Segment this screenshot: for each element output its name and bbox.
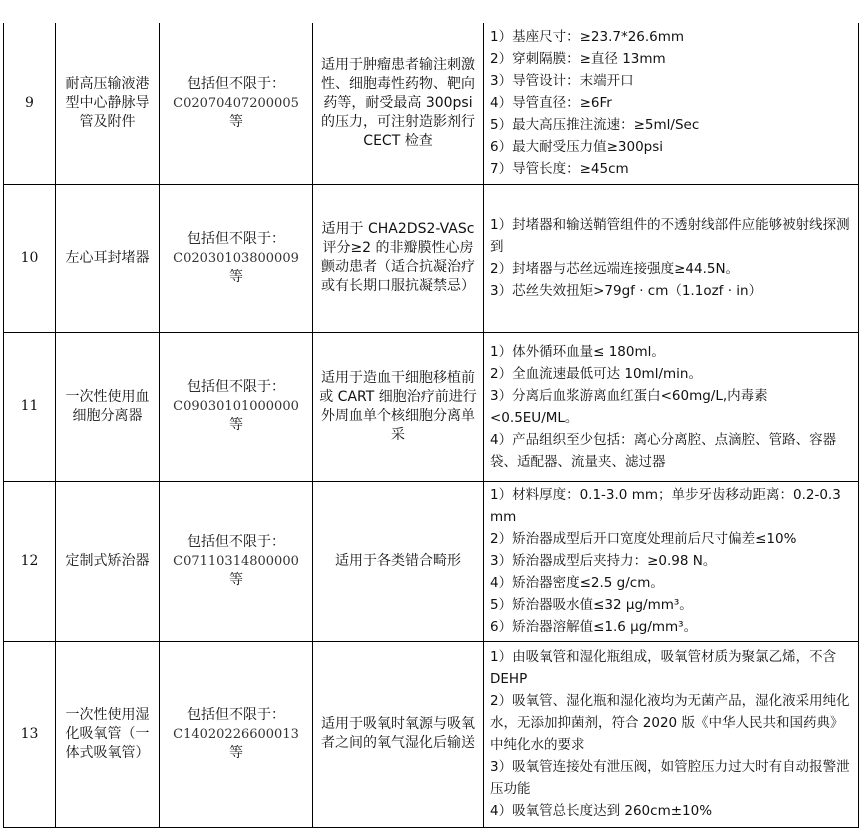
spec-line: 7）导管长度：≥45cm	[490, 158, 854, 180]
spec-line: 4）矫治器密度≤2.5 g/cm。	[490, 572, 854, 594]
code-suffix: 等	[160, 268, 312, 287]
table-row: 12 定制式矫治器 包括但不限于： C07110314800000 等 适用于各…	[4, 481, 859, 641]
code-value: C09030101000000	[160, 397, 312, 416]
row-number: 10	[4, 184, 56, 332]
table-row: 9 耐高压输液港型中心静脉导管及附件 包括但不限于： C020704072000…	[4, 23, 859, 184]
spec-line: 4）导管直径：≥6Fr	[490, 92, 854, 114]
product-code-cell: 包括但不限于： C09030101000000 等	[160, 332, 313, 481]
spec-line: 3）吸氧管连接处有泄压阀，如管腔压力过大时有自动报警泄压功能	[490, 756, 854, 800]
code-label: 包括但不限于：	[160, 230, 312, 249]
code-suffix: 等	[160, 571, 312, 590]
product-name: 耐高压输液港型中心静脉导管及附件	[64, 75, 151, 132]
spec-line: 2）矫治器成型后开口宽度处理前后尺寸偏差≤10%	[490, 528, 854, 550]
row-number: 11	[4, 332, 56, 481]
scope-text: 适用于吸氧时氧源与吸氧者之间的氧气湿化后输送	[317, 715, 479, 753]
product-code-cell: 包括但不限于： C02070407200005 等	[160, 23, 313, 184]
spec-line: 2）吸氧管、湿化瓶和湿化液均为无菌产品，湿化液采用纯化水，无添加抑菌剂，符合 2…	[490, 690, 854, 756]
code-suffix: 等	[160, 744, 312, 763]
code-label: 包括但不限于：	[160, 706, 312, 725]
product-name: 定制式矫治器	[64, 552, 151, 571]
spec-line: 2）全血流速最低可达 10ml/min。	[490, 363, 854, 385]
spec-cell: 1）基座尺寸：≥23.7*26.6mm 2）穿刺隔膜：≥直径 13mm 3）导管…	[484, 23, 859, 184]
scope-text: 适用于造血干细胞移植前或 CART 细胞治疗前进行外周血单个核细胞分离单采	[317, 369, 479, 445]
spec-line: 3）导管设计：末端开口	[490, 70, 854, 92]
table-row: 11 一次性使用血细胞分离器 包括但不限于： C09030101000000 等…	[4, 332, 859, 481]
code-value: C07110314800000	[160, 552, 312, 571]
spec-line: 1）材料厚度：0.1-3.0 mm；单步牙齿移动距离：0.2-0.3 mm	[490, 484, 854, 528]
product-code-cell: 包括但不限于： C14020226600013 等	[160, 641, 313, 827]
row-number: 12	[4, 481, 56, 641]
table-row: 10 左心耳封堵器 包括但不限于： C02030103800009 等 适用于 …	[4, 184, 859, 332]
product-name-cell: 一次性使用湿化吸氧管（一体式吸氧管）	[56, 641, 160, 827]
product-name-cell: 一次性使用血细胞分离器	[56, 332, 160, 481]
product-name-cell: 左心耳封堵器	[56, 184, 160, 332]
scope-cell: 适用于吸氧时氧源与吸氧者之间的氧气湿化后输送	[313, 641, 484, 827]
spec-line: 1）基座尺寸：≥23.7*26.6mm	[490, 26, 854, 48]
spec-cell: 1）体外循环血量≤ 180ml。 2）全血流速最低可达 10ml/min。 3）…	[484, 332, 859, 481]
row-number: 9	[4, 23, 56, 184]
spec-cell: 1）材料厚度：0.1-3.0 mm；单步牙齿移动距离：0.2-0.3 mm 2）…	[484, 481, 859, 641]
product-name-cell: 耐高压输液港型中心静脉导管及附件	[56, 23, 160, 184]
product-spec-table: 9 耐高压输液港型中心静脉导管及附件 包括但不限于： C020704072000…	[3, 23, 859, 828]
spec-line: 5）矫治器吸水值≤32 μg/mm³。	[490, 594, 854, 616]
scope-cell: 适用于肿瘤患者输注刺激性、细胞毒性药物、靶向药等，耐受最高 300psi 的压力…	[313, 23, 484, 184]
code-suffix: 等	[160, 113, 312, 132]
product-name-cell: 定制式矫治器	[56, 481, 160, 641]
scope-text: 适用于各类错合畸形	[317, 552, 479, 571]
spec-line: 1）由吸氧管和湿化瓶组成，吸氧管材质为聚氯乙烯，不含 DEHP	[490, 646, 854, 690]
spec-line: 2）穿刺隔膜：≥直径 13mm	[490, 48, 854, 70]
spec-line: 3）分离后血浆游离血红蛋白<60mg/L,内毒素<0.5EU/ML。	[490, 385, 854, 429]
code-value: C02070407200005	[160, 94, 312, 113]
spec-cell: 1）由吸氧管和湿化瓶组成，吸氧管材质为聚氯乙烯，不含 DEHP 2）吸氧管、湿化…	[484, 641, 859, 827]
code-label: 包括但不限于：	[160, 533, 312, 552]
product-name: 一次性使用湿化吸氧管（一体式吸氧管）	[64, 706, 151, 763]
table-row: 13 一次性使用湿化吸氧管（一体式吸氧管） 包括但不限于： C140202266…	[4, 641, 859, 827]
spec-line: 6）矫治器溶解值≤1.6 μg/mm³。	[490, 616, 854, 638]
code-suffix: 等	[160, 416, 312, 435]
product-name: 一次性使用血细胞分离器	[64, 388, 151, 426]
code-label: 包括但不限于：	[160, 378, 312, 397]
scope-text: 适用于肿瘤患者输注刺激性、细胞毒性药物、靶向药等，耐受最高 300psi 的压力…	[317, 56, 479, 151]
spec-cell: 1）封堵器和输送鞘管组件的不透射线部件应能够被射线探测到 2）封堵器与芯丝远端连…	[484, 184, 859, 332]
spec-line: 1）体外循环血量≤ 180ml。	[490, 341, 854, 363]
scope-cell: 适用于造血干细胞移植前或 CART 细胞治疗前进行外周血单个核细胞分离单采	[313, 332, 484, 481]
product-code-cell: 包括但不限于： C02030103800009 等	[160, 184, 313, 332]
spec-line: 6）最大耐受压力值≥300psi	[490, 136, 854, 158]
spec-line: 5）最大高压推注流速：≥5ml/Sec	[490, 114, 854, 136]
code-value: C02030103800009	[160, 249, 312, 268]
spec-line: 3）矫治器成型后夹持力：≥0.98 N。	[490, 550, 854, 572]
spec-line: 4）吸氧管总长度达到 260cm±10%	[490, 800, 854, 822]
spec-line: 1）封堵器和输送鞘管组件的不透射线部件应能够被射线探测到	[490, 214, 854, 258]
spec-line: 3）芯丝失效扭矩>79gf · cm（1.1ozf · in）	[490, 280, 854, 302]
spec-line: 2）封堵器与芯丝远端连接强度≥44.5N。	[490, 258, 854, 280]
code-value: C14020226600013	[160, 725, 312, 744]
code-label: 包括但不限于：	[160, 75, 312, 94]
scope-text: 适用于 CHA2DS2-VASc 评分≥2 的非瓣膜性心房颤动患者（适合抗凝治疗…	[317, 220, 479, 296]
product-name: 左心耳封堵器	[64, 249, 151, 268]
scope-cell: 适用于各类错合畸形	[313, 481, 484, 641]
row-number: 13	[4, 641, 56, 827]
spec-line: 4）产品组织至少包括：离心分离腔、点滴腔、管路、容器袋、适配器、流量夹、滤过器	[490, 429, 854, 473]
product-code-cell: 包括但不限于： C07110314800000 等	[160, 481, 313, 641]
scope-cell: 适用于 CHA2DS2-VASc 评分≥2 的非瓣膜性心房颤动患者（适合抗凝治疗…	[313, 184, 484, 332]
